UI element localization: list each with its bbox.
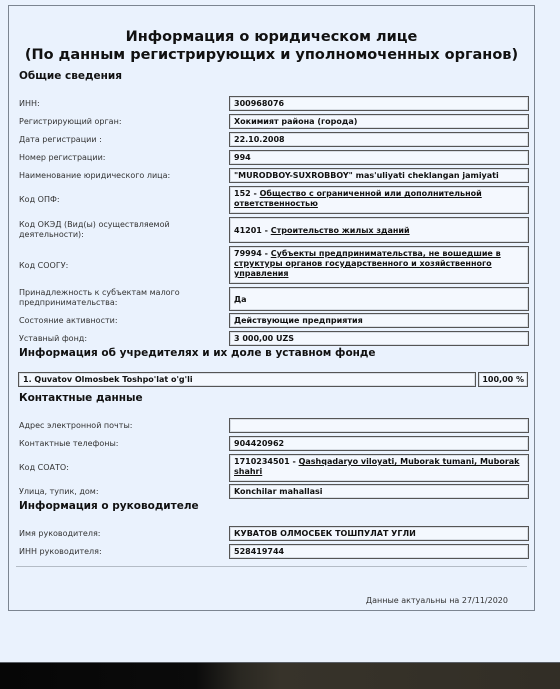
field-value: 904420962 <box>229 436 529 451</box>
field-label: ИНН: <box>19 99 219 109</box>
field-value: 1710234501 - Qashqadaryo viloyati, Mubor… <box>229 454 529 482</box>
field-value <box>229 418 529 433</box>
divider <box>16 566 527 567</box>
page-title: Информация о юридическом лице (По данным… <box>9 28 534 64</box>
field-label: Код ОПФ: <box>19 195 219 205</box>
soogu-link[interactable]: Субъекты предпринимательства, не вошедши… <box>234 249 501 278</box>
founder-share: 100,00 % <box>478 372 528 387</box>
field-value: "MURODBOY-SUXROBBOY" mas'uliyati cheklan… <box>229 168 529 183</box>
title-line-2: (По данным регистрирующих и уполномоченн… <box>9 46 534 64</box>
field-label: Адрес электронной почты: <box>19 421 219 431</box>
field-label: Улица, тупик, дом: <box>19 487 219 497</box>
field-value: 79994 - Субъекты предпринимательства, не… <box>229 246 529 284</box>
field-label: Код СОАТО: <box>19 463 219 473</box>
field-value: 300968076 <box>229 96 529 111</box>
field-label: Имя руководителя: <box>19 529 219 539</box>
field-value: 994 <box>229 150 529 165</box>
section-general-heading: Общие сведения <box>19 70 122 82</box>
screen-bottom-edge <box>0 662 560 689</box>
oked-link[interactable]: Строительство жилых зданий <box>271 226 410 235</box>
field-value: Да <box>229 287 529 311</box>
field-value: КУВАТОВ ОЛМОСБЕК ТОШПУЛАТ УГЛИ <box>229 526 529 541</box>
oked-code: 41201 <box>234 226 262 235</box>
field-value: Konchilar mahallasi <box>229 484 529 499</box>
field-label: ИНН руководителя: <box>19 547 219 557</box>
field-value: 41201 - Строительство жилых зданий <box>229 217 529 243</box>
field-label: Код СООГУ: <box>19 261 219 271</box>
field-label: Наименование юридического лица: <box>19 171 219 181</box>
title-line-1: Информация о юридическом лице <box>9 28 534 46</box>
field-label: Номер регистрации: <box>19 153 219 163</box>
opf-link[interactable]: Общество с ограниченной или дополнительн… <box>234 189 482 208</box>
field-label: Контактные телефоны: <box>19 439 219 449</box>
data-actuality-note: Данные актуальны на 27/11/2020 <box>366 596 508 605</box>
field-label: Дата регистрации : <box>19 135 219 145</box>
soato-code: 1710234501 <box>234 457 290 466</box>
field-label: Состояние активности: <box>19 316 219 326</box>
section-contacts-heading: Контактные данные <box>19 392 143 404</box>
field-value: Хокимият района (города) <box>229 114 529 129</box>
field-label: Уставный фонд: <box>19 334 219 344</box>
legal-entity-info-panel: Информация о юридическом лице (По данным… <box>8 5 535 611</box>
soogu-code: 79994 <box>234 249 262 258</box>
field-value: 152 - Общество с ограниченной или дополн… <box>229 186 529 214</box>
section-director-heading: Информация о руководителе <box>19 500 199 512</box>
field-value: 3 000,00 UZS <box>229 331 529 346</box>
founder-name: 1. Quvatov Olmosbek Toshpo'lat o'g'li <box>18 372 476 387</box>
opf-code: 152 <box>234 189 251 198</box>
field-value: 528419744 <box>229 544 529 559</box>
field-value: 22.10.2008 <box>229 132 529 147</box>
field-label: Код ОКЭД (Вид(ы) осуществляемой деятельн… <box>19 220 219 240</box>
field-label: Принадлежность к субъектам малого предпр… <box>19 288 219 308</box>
field-label: Регистрирующий орган: <box>19 117 219 127</box>
field-value: Действующие предприятия <box>229 313 529 328</box>
section-founders-heading: Информация об учредителях и их доле в ус… <box>19 347 376 359</box>
